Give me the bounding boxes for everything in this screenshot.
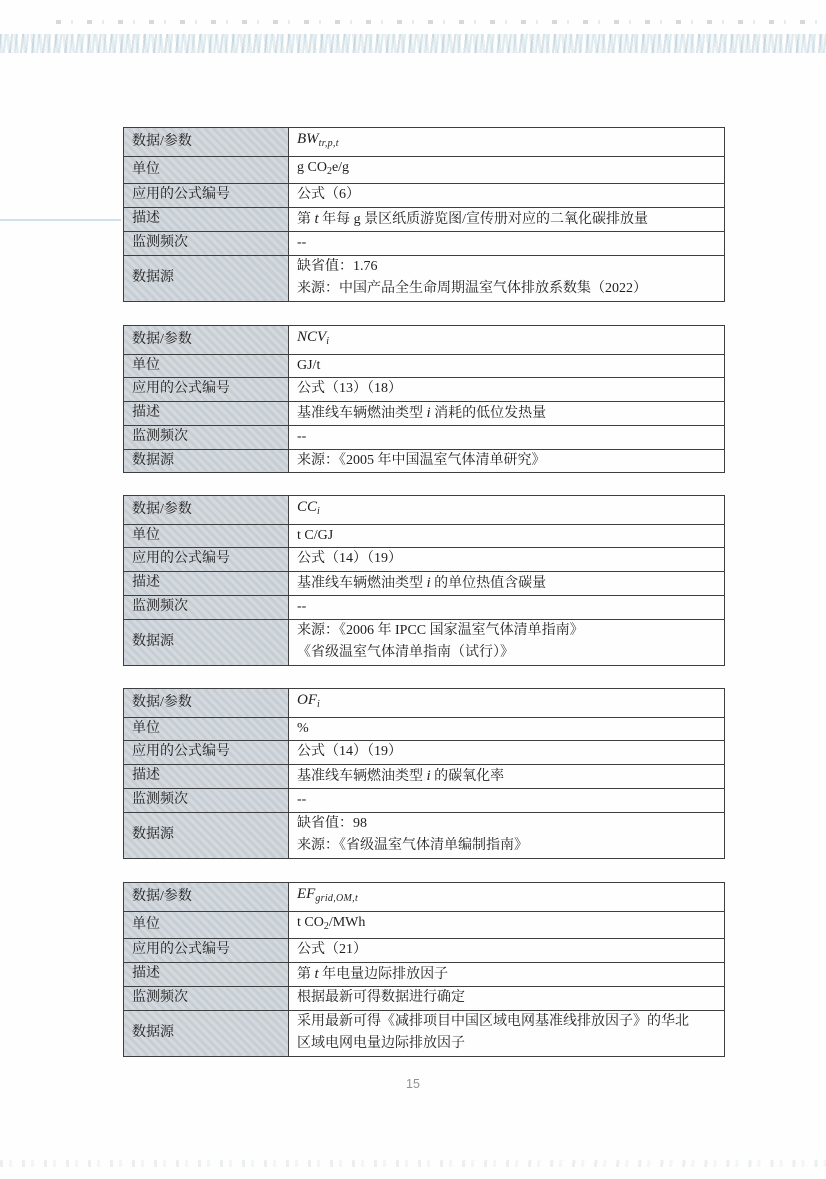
table-row: 数据/参数BWtr,p,t [124,128,725,157]
value-text: 年每 g 景区纸质游览图/宣传册对应的二氧化碳排放量 [319,212,648,227]
row-value: NCVi [289,326,725,355]
value-text: 基准线车辆燃油类型 [297,769,427,784]
value-text: -- [297,429,306,444]
value-line: 第 t 年每 g 景区纸质游览图/宣传册对应的二氧化碳排放量 [297,208,716,232]
value-line: OFi [297,689,716,717]
row-value: EFgrid,OM,t [289,883,725,912]
value-line: -- [297,596,716,619]
row-label: 监测频次 [124,426,289,450]
value-text: t CO [297,915,324,930]
row-label: 数据源 [124,255,289,301]
value-text: 年电量边际排放因子 [319,967,449,982]
variable-text: CC [297,499,317,515]
table-row: 描述第 t 年每 g 景区纸质游览图/宣传册对应的二氧化碳排放量 [124,207,725,232]
value-text: 来源：中国产品全生命周期温室气体排放系数集（2022） [297,281,647,296]
table-row: 描述基准线车辆燃油类型 i 的单位热值含碳量 [124,571,725,596]
row-label: 监测频次 [124,596,289,620]
table-row: 数据/参数NCVi [124,326,725,355]
page-number: 15 [0,1077,826,1091]
row-label: 单位 [124,911,289,939]
table-row: 监测频次-- [124,789,725,813]
value-text: -- [297,235,306,250]
value-line: 来源：《省级温室气体清单编制指南》 [297,835,716,858]
variable-text: EF [297,886,315,902]
value-line: 基准线车辆燃油类型 i 消耗的低位发热量 [297,402,716,426]
row-value: 公式（21） [289,939,725,963]
subscript-text: i [326,336,329,347]
row-label: 数据源 [124,449,289,473]
value-line: 缺省值：1.76 [297,256,716,279]
value-line: 公式（14）（19） [297,548,716,571]
parameter-table-4: 数据/参数OFi单位%应用的公式编号公式（14）（19）描述基准线车辆燃油类型 … [123,688,725,859]
table-row: 监测频次根据最新可得数据进行确定 [124,987,725,1011]
table-row: 应用的公式编号公式（14）（19） [124,741,725,765]
value-text: 来源：《2006 年 IPCC 国家温室气体清单指南》 [297,623,584,638]
table-row: 数据/参数CCi [124,496,725,525]
value-line: g CO2e/g [297,157,716,184]
row-value: 基准线车辆燃油类型 i 的碳氧化率 [289,764,725,789]
table-row: 数据源来源：《2005 年中国温室气体清单研究》 [124,449,725,473]
value-text: 的碳氧化率 [431,769,505,784]
value-line: CCi [297,496,716,524]
value-text: 的单位热值含碳量 [431,576,547,591]
row-label: 单位 [124,524,289,548]
table-row: 数据/参数OFi [124,689,725,718]
row-value: 根据最新可得数据进行确定 [289,987,725,1011]
table-row: 监测频次-- [124,232,725,256]
row-label: 描述 [124,962,289,987]
table-row: 应用的公式编号公式（13）（18） [124,378,725,402]
row-value: -- [289,596,725,620]
value-text: 缺省值：1.76 [297,259,378,274]
value-text: 消耗的低位发热量 [431,406,547,421]
table-row: 数据源采用最新可得《减排项目中国区域电网基准线排放因子》的华北区域电网电量边际排… [124,1010,725,1056]
table-row: 单位GJ/t [124,354,725,378]
table-row: 单位g CO2e/g [124,156,725,184]
value-line: 公式（14）（19） [297,741,716,764]
subscript-text: tr,p,t [319,138,339,149]
value-text: 公式（6） [297,187,360,202]
value-line: 来源：中国产品全生命周期温室气体排放系数集（2022） [297,278,716,301]
value-line: GJ/t [297,355,716,378]
row-label: 应用的公式编号 [124,548,289,572]
row-label: 描述 [124,207,289,232]
row-label: 描述 [124,571,289,596]
value-line: BWtr,p,t [297,128,716,156]
value-line: 缺省值：98 [297,813,716,836]
value-text: 《省级温室气体清单指南（试行）》 [297,645,514,660]
row-value: GJ/t [289,354,725,378]
value-line: t CO2/MWh [297,912,716,939]
row-value: 缺省值：98来源：《省级温室气体清单编制指南》 [289,812,725,858]
subscript-text: grid,OM,t [315,893,358,904]
table-row: 描述基准线车辆燃油类型 i 消耗的低位发热量 [124,401,725,426]
parameter-table-1: 数据/参数BWtr,p,t单位g CO2e/g应用的公式编号公式（6）描述第 t… [123,127,725,302]
row-value: t C/GJ [289,524,725,548]
subscript-text: i [317,506,320,517]
value-text: e/g [332,160,349,175]
value-line: -- [297,426,716,449]
row-label: 数据源 [124,1010,289,1056]
row-label: 监测频次 [124,232,289,256]
row-label: 监测频次 [124,789,289,813]
value-line: % [297,718,716,741]
row-value: 采用最新可得《减排项目中国区域电网基准线排放因子》的华北区域电网电量边际排放因子 [289,1010,725,1056]
value-line: 基准线车辆燃油类型 i 的单位热值含碳量 [297,572,716,596]
scan-noise-bottom [0,1160,826,1167]
row-value: 第 t 年每 g 景区纸质游览图/宣传册对应的二氧化碳排放量 [289,207,725,232]
table-row: 描述第 t 年电量边际排放因子 [124,962,725,987]
row-value: -- [289,789,725,813]
row-value: 公式（14）（19） [289,741,725,765]
value-text: 区域电网电量边际排放因子 [297,1036,465,1051]
table-row: 数据源来源：《2006 年 IPCC 国家温室气体清单指南》《省级温室气体清单指… [124,619,725,665]
row-label: 数据源 [124,619,289,665]
row-label: 单位 [124,354,289,378]
value-text: GJ/t [297,358,320,373]
row-value: 基准线车辆燃油类型 i 的单位热值含碳量 [289,571,725,596]
value-line: 第 t 年电量边际排放因子 [297,963,716,987]
table-row: 数据/参数EFgrid,OM,t [124,883,725,912]
table-row: 应用的公式编号公式（21） [124,939,725,963]
row-label: 应用的公式编号 [124,939,289,963]
value-line: 来源：《2005 年中国温室气体清单研究》 [297,450,716,473]
row-label: 描述 [124,764,289,789]
table-row: 应用的公式编号公式（14）（19） [124,548,725,572]
parameter-table-3: 数据/参数CCi单位t C/GJ应用的公式编号公式（14）（19）描述基准线车辆… [123,495,725,666]
table-row: 描述基准线车辆燃油类型 i 的碳氧化率 [124,764,725,789]
row-value: g CO2e/g [289,156,725,184]
table-row: 应用的公式编号公式（6） [124,184,725,208]
value-text: 根据最新可得数据进行确定 [297,990,465,1005]
value-line: 根据最新可得数据进行确定 [297,987,716,1010]
row-value: 公式（6） [289,184,725,208]
row-value: 公式（13）（18） [289,378,725,402]
value-text: t C/GJ [297,528,333,543]
row-label: 应用的公式编号 [124,741,289,765]
row-value: 基准线车辆燃油类型 i 消耗的低位发热量 [289,401,725,426]
document-page: 数据/参数BWtr,p,t单位g CO2e/g应用的公式编号公式（6）描述第 t… [0,0,826,1179]
row-label: 应用的公式编号 [124,378,289,402]
table-row: 监测频次-- [124,596,725,620]
value-text: /MWh [329,915,366,930]
row-value: BWtr,p,t [289,128,725,157]
scan-edge-line [0,219,121,221]
value-line: 基准线车辆燃油类型 i 的碳氧化率 [297,765,716,789]
variable-text: NCV [297,329,326,345]
value-text: 公式（21） [297,942,367,957]
value-line: -- [297,789,716,812]
row-value: % [289,717,725,741]
value-text: 采用最新可得《减排项目中国区域电网基准线排放因子》的华北 [297,1014,689,1029]
parameter-table-2: 数据/参数NCVi单位GJ/t应用的公式编号公式（13）（18）描述基准线车辆燃… [123,325,725,473]
table-row: 单位t CO2/MWh [124,911,725,939]
row-label: 单位 [124,717,289,741]
value-text: 第 [297,212,315,227]
value-text: -- [297,792,306,807]
row-label: 描述 [124,401,289,426]
row-value: -- [289,426,725,450]
row-value: 第 t 年电量边际排放因子 [289,962,725,987]
row-label: 数据/参数 [124,128,289,157]
value-line: 公式（6） [297,184,716,207]
row-value: OFi [289,689,725,718]
row-label: 单位 [124,156,289,184]
table-row: 数据源缺省值：1.76来源：中国产品全生命周期温室气体排放系数集（2022） [124,255,725,301]
row-label: 数据/参数 [124,883,289,912]
value-text: 缺省值：98 [297,816,367,831]
value-line: NCVi [297,326,716,354]
subscript-text: i [317,699,320,710]
table-row: 数据源缺省值：98来源：《省级温室气体清单编制指南》 [124,812,725,858]
row-label: 应用的公式编号 [124,184,289,208]
value-line: 区域电网电量边际排放因子 [297,1033,716,1056]
row-value: t CO2/MWh [289,911,725,939]
table-row: 监测频次-- [124,426,725,450]
scan-noise-band [0,34,826,53]
value-text: 基准线车辆燃油类型 [297,576,427,591]
row-label: 数据/参数 [124,496,289,525]
row-label: 数据/参数 [124,689,289,718]
row-value: CCi [289,496,725,525]
table-row: 单位% [124,717,725,741]
value-line: 公式（21） [297,939,716,962]
value-text: 公式（14）（19） [297,551,402,566]
value-text: 来源：《2005 年中国温室气体清单研究》 [297,453,546,468]
variable-text: OF [297,692,317,708]
table-row: 单位t C/GJ [124,524,725,548]
parameter-table-5: 数据/参数EFgrid,OM,t单位t CO2/MWh应用的公式编号公式（21）… [123,882,725,1057]
value-line: -- [297,232,716,255]
value-text: % [297,721,309,736]
value-text: 第 [297,967,315,982]
row-value: 来源：《2006 年 IPCC 国家温室气体清单指南》《省级温室气体清单指南（试… [289,619,725,665]
value-text: 基准线车辆燃油类型 [297,406,427,421]
value-line: t C/GJ [297,525,716,548]
variable-text: BW [297,131,319,147]
value-text: 公式（14）（19） [297,744,402,759]
scan-noise-specks [56,20,826,24]
row-value: -- [289,232,725,256]
value-line: 公式（13）（18） [297,378,716,401]
value-line: 来源：《2006 年 IPCC 国家温室气体清单指南》 [297,620,716,643]
row-value: 公式（14）（19） [289,548,725,572]
row-label: 监测频次 [124,987,289,1011]
value-line: EFgrid,OM,t [297,883,716,911]
value-line: 采用最新可得《减排项目中国区域电网基准线排放因子》的华北 [297,1011,716,1034]
value-text: g CO [297,160,327,175]
row-value: 来源：《2005 年中国温室气体清单研究》 [289,449,725,473]
value-text: -- [297,599,306,614]
value-text: 来源：《省级温室气体清单编制指南》 [297,838,528,853]
value-line: 《省级温室气体清单指南（试行）》 [297,642,716,665]
row-label: 数据源 [124,812,289,858]
row-value: 缺省值：1.76来源：中国产品全生命周期温室气体排放系数集（2022） [289,255,725,301]
row-label: 数据/参数 [124,326,289,355]
value-text: 公式（13）（18） [297,381,402,396]
